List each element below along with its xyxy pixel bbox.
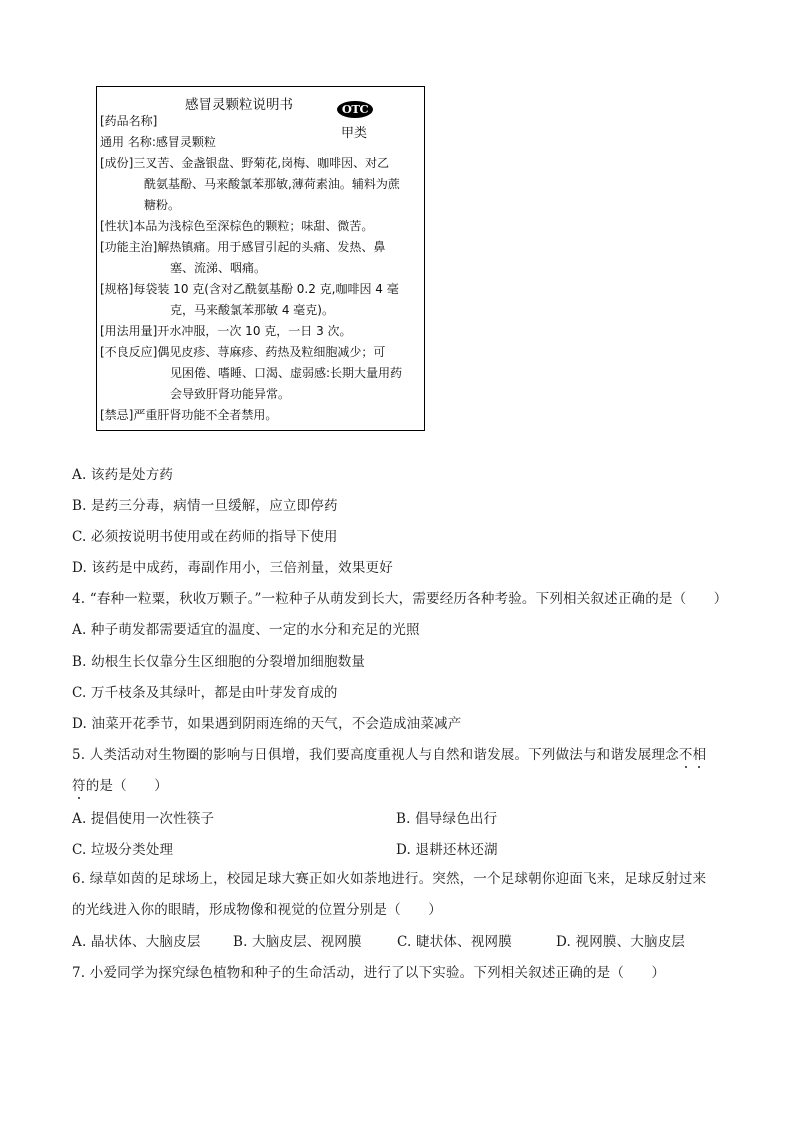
q7-stem: 7. 小爱同学为探究绿色植物和种子的生命活动，进行了以下实验。下列相关叙述正确的…	[72, 961, 665, 981]
q3-option-d: D. 该药是中成药，毒副作用小，三倍剂量，效果更好	[72, 556, 393, 576]
contraindications: [禁忌]严重肝肾功能不全者禁用。	[100, 405, 420, 426]
ingredients-line-3: 糖粉。	[100, 195, 420, 216]
generic-name: 通用 名称:感冒灵颗粒	[100, 132, 420, 153]
ingredients-line-2: 酰氨基酚、马来酸氯苯那敏,薄荷素油。辅料为蔗	[100, 174, 420, 195]
q3-option-b: B. 是药三分毒，病情一旦缓解，应立即停药	[72, 494, 338, 514]
q6-option-b: B. 大脑皮层、视网膜	[233, 930, 362, 950]
adverse-reactions-line-2: 见困倦、嗜睡、口渴、虚弱感:长期大量用药	[100, 363, 420, 384]
q5-emphasis-char: 不	[679, 747, 693, 763]
q3-option-a: A. 该药是处方药	[72, 463, 173, 483]
q4-option-c: C. 万千枝条及其绿叶，都是由叶芽发育成的	[72, 681, 338, 701]
properties: [性状]本品为浅棕色至深棕色的颗粒；味甜、微苦。	[100, 216, 420, 237]
q6-stem-line-1: 6. 绿草如茵的足球场上，校园足球大赛正如火如荼地进行。突然，一个足球朝你迎面飞…	[72, 867, 706, 887]
q4-option-b: B. 幼根生长仅靠分生区细胞的分裂增加细胞数量	[72, 650, 365, 670]
drug-leaflet-box: 感冒灵颗粒说明书 OTC 甲类 [药品名称] 通用 名称:感冒灵颗粒 [成份]三…	[96, 86, 425, 431]
indications-line-2: 塞、流涕、咽痛。	[100, 258, 420, 279]
q4-option-d: D. 油菜开花季节，如果遇到阴雨连绵的天气，不会造成油菜减产	[72, 712, 461, 732]
adverse-reactions-line-1: [不良反应]偶见皮疹、荨麻疹、药热及粒细胞减少；可	[100, 342, 420, 363]
q5-option-d: D. 退耕还林还湖	[396, 838, 498, 858]
q5-option-a: A. 提倡使用一次性筷子	[72, 807, 214, 827]
q5-emphasis-char: 相	[693, 747, 707, 763]
drug-name-label: [药品名称]	[100, 111, 420, 132]
q5-stem-line-2: 符的是（ ）	[72, 774, 168, 794]
q6-stem-line-2: 的光线进入你的眼睛，形成物像和视觉的位置分别是（ ）	[72, 898, 442, 918]
q3-option-c: C. 必须按说明书使用或在药师的指导下使用	[72, 525, 338, 545]
q5-stem-text: 的是（ ）	[86, 778, 168, 794]
q6-option-c: C. 睫状体、视网膜	[397, 930, 512, 950]
adverse-reactions-line-3: 会导致肝肾功能异常。	[100, 384, 420, 405]
q5-stem-line-1: 5. 人类活动对生物圈的影响与日俱增，我们要高度重视人与自然和谐发展。下列做法与…	[72, 743, 706, 763]
q4-stem: 4. “春种一粒粟，秋收万颗子。”一粒种子从萌发到长大，需要经历各种考验。下列相…	[72, 587, 727, 607]
q6-option-d: D. 视网膜、大脑皮层	[556, 930, 685, 950]
q5-emphasis-char: 符	[72, 778, 86, 794]
specification-line-1: [规格]每袋装 10 克(含对乙酰氨基酚 0.2 克,咖啡因 4 毫	[100, 279, 420, 300]
q6-option-a: A. 晶状体、大脑皮层	[72, 930, 201, 950]
q5-option-c: C. 垃圾分类处理	[72, 838, 173, 858]
specification-line-2: 克，马来酸氯苯那敏 4 毫克)。	[100, 300, 420, 321]
q4-option-a: A. 种子萌发都需要适宜的温度、一定的水分和充足的光照	[72, 618, 420, 638]
dosage: [用法用量]开水冲服，一次 10 克，一日 3 次。	[100, 321, 420, 342]
indications-line-1: [功能主治]解热镇痛。用于感冒引起的头痛、发热、鼻	[100, 237, 420, 258]
q5-option-b: B. 倡导绿色出行	[396, 807, 497, 827]
ingredients-line-1: [成份]三叉苦、金盏银盘、野菊花,岗梅、咖啡因、对乙	[100, 153, 420, 174]
leaflet-title: 感冒灵颗粒说明书	[185, 93, 293, 113]
q5-stem-text: 5. 人类活动对生物圈的影响与日俱增，我们要高度重视人与自然和谐发展。下列做法与…	[72, 747, 679, 763]
